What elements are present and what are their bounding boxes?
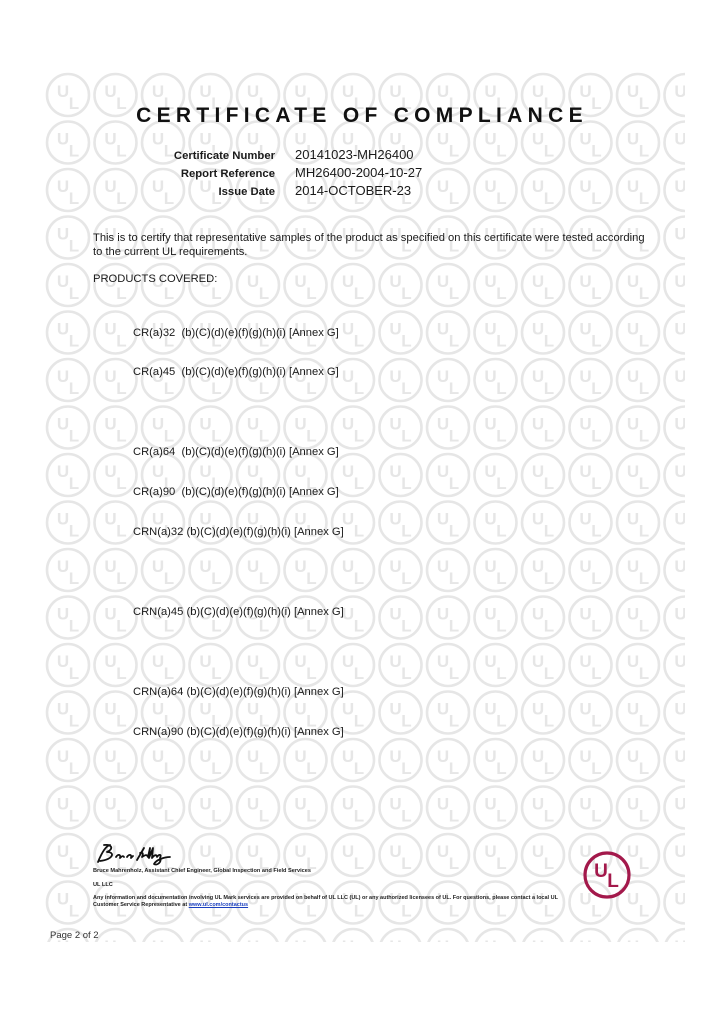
issue-date-value: 2014-OCTOBER-23	[295, 183, 411, 198]
product-spacer	[133, 566, 344, 579]
certificate-title: CERTIFICATE OF COMPLIANCE	[0, 104, 724, 128]
product-spacer	[133, 646, 344, 659]
svg-text:L: L	[607, 871, 619, 892]
signature-image	[94, 842, 186, 871]
certificate-number-row: Certificate Number 20141023-MH26400	[140, 147, 422, 165]
product-item: CRN(a)32 (b)(C)(d)(e)(f)(g)(h)(i) [Annex…	[133, 526, 344, 539]
certificate-number-value: 20141023-MH26400	[295, 147, 414, 162]
products-covered-heading: PRODUCTS COVERED:	[93, 273, 217, 285]
certification-statement: This is to certify that representative s…	[93, 232, 653, 259]
disclaimer: Any information and documentation involv…	[93, 895, 563, 908]
disclaimer-text: Any information and documentation involv…	[93, 895, 558, 908]
signer-name-title: Bruce Mahrenholz, Assistant Chief Engine…	[93, 868, 311, 874]
svg-text:U: U	[594, 861, 608, 882]
product-spacer	[133, 406, 344, 419]
report-reference-row: Report Reference MH26400-2004-10-27	[140, 165, 422, 183]
product-item: CRN(a)64 (b)(C)(d)(e)(f)(g)(h)(i) [Annex…	[133, 686, 344, 699]
product-item: CR(a)45 (b)(C)(d)(e)(f)(g)(h)(i) [Annex …	[133, 366, 344, 379]
report-reference-label: Report Reference	[140, 168, 275, 180]
product-item: CR(a)32 (b)(C)(d)(e)(f)(g)(h)(i) [Annex …	[133, 327, 344, 340]
issue-date-label: Issue Date	[140, 186, 275, 198]
certificate-page: CERTIFICATE OF COMPLIANCE Certificate Nu…	[0, 0, 724, 1024]
page-number: Page 2 of 2	[50, 930, 99, 941]
product-item: CR(a)64 (b)(C)(d)(e)(f)(g)(h)(i) [Annex …	[133, 446, 344, 459]
contact-link[interactable]: www.ul.com/contactus	[189, 902, 248, 908]
product-item: CRN(a)45 (b)(C)(d)(e)(f)(g)(h)(i) [Annex…	[133, 606, 344, 619]
ul-logo-icon: U L	[582, 850, 632, 900]
product-item: CRN(a)90 (b)(C)(d)(e)(f)(g)(h)(i) [Annex…	[133, 726, 344, 739]
certificate-number-label: Certificate Number	[140, 150, 275, 162]
certificate-metadata: Certificate Number 20141023-MH26400 Repo…	[140, 147, 422, 201]
company-name: UL LLC	[93, 882, 113, 888]
report-reference-value: MH26400-2004-10-27	[295, 165, 422, 180]
products-list: CR(a)32 (b)(C)(d)(e)(f)(g)(h)(i) [Annex …	[133, 300, 344, 765]
product-item: CR(a)90 (b)(C)(d)(e)(f)(g)(h)(i) [Annex …	[133, 486, 344, 499]
issue-date-row: Issue Date 2014-OCTOBER-23	[140, 183, 422, 201]
